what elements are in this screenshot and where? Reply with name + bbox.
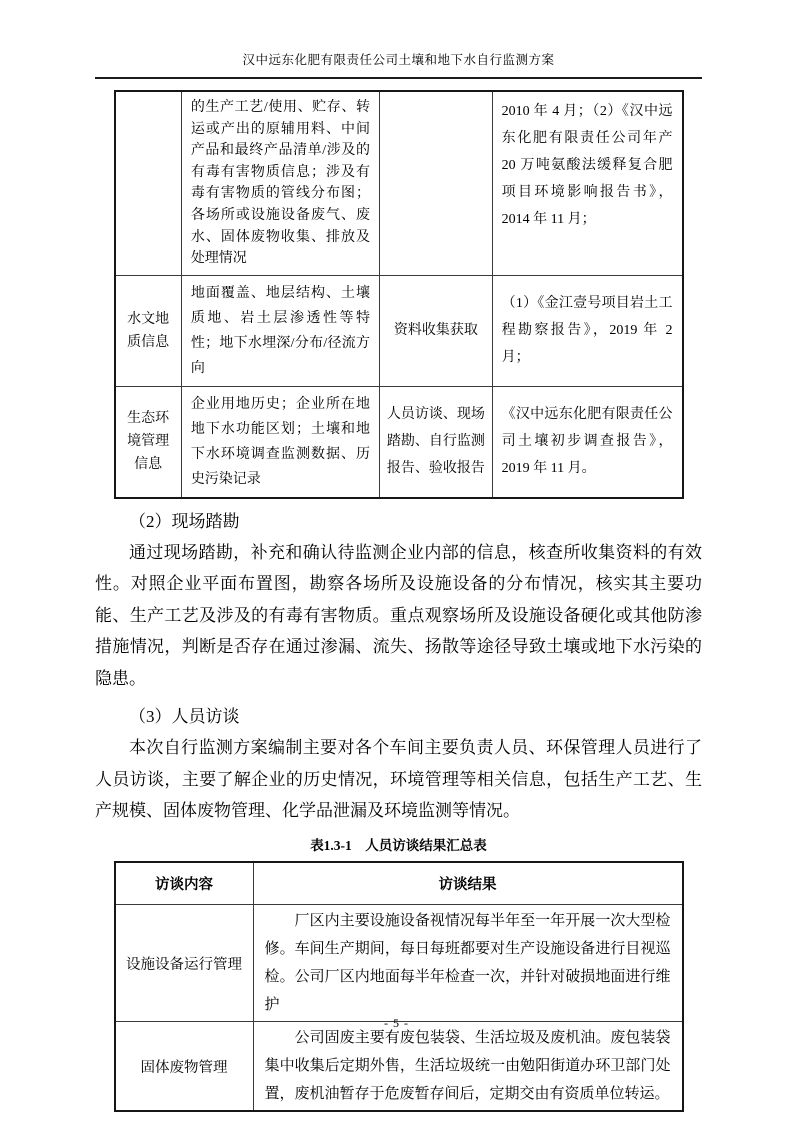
table-row: 设施设备运行管理 厂区内主要设施设备视情况每半年至一年开展一次大型检修。车间生产… [115,905,683,1022]
cell-interview-result: 公司固废主要有废包装袋、生活垃圾及废机油。废包装袋集中收集后定期外售，生活垃圾统… [253,1022,682,1112]
table-caption: 表1.3-1 人员访谈结果汇总表 [95,834,702,854]
cell-item: 的生产工艺/使用、贮存、转运或产出的原辅用料、中间产品和最终产品清单/涉及的有毒… [181,91,379,275]
table-row: 固体废物管理 公司固废主要有废包装袋、生活垃圾及废机油。废包装袋集中收集后定期外… [115,1022,683,1112]
cell-interview-topic: 固体废物管理 [115,1022,254,1112]
data-collection-table: 的生产工艺/使用、贮存、转运或产出的原辅用料、中间产品和最终产品清单/涉及的有毒… [114,90,684,499]
cell-category: 生态环境管理信息 [115,386,182,498]
cell-source: 《汉中远东化肥有限责任公司土壤初步调查报告》，2019 年 11 月。 [492,386,682,498]
document-page: 汉中远东化肥有限责任公司土壤和地下水自行监测方案 的生产工艺/使用、贮存、转运或… [0,0,793,1122]
table-header-row: 访谈内容 访谈结果 [115,862,683,905]
paragraph-interview: 本次自行监测方案编制主要对各个车间主要负责人员、环保管理人员进行了人员访谈，主要… [95,732,702,827]
table-row: 水文地质信息 地面覆盖、地层结构、土壤质地、岩土层渗透性等特性；地下水埋深/分布… [115,275,683,386]
table-row: 的生产工艺/使用、贮存、转运或产出的原辅用料、中间产品和最终产品清单/涉及的有毒… [115,91,683,275]
page-number: - 5 - [0,1016,793,1031]
cell-category: 水文地质信息 [115,275,182,386]
cell-method: 人员访谈、现场踏勘、自行监测报告、验收报告 [380,386,493,498]
page-content: 汉中远东化肥有限责任公司土壤和地下水自行监测方案 的生产工艺/使用、贮存、转运或… [95,50,702,1112]
cell-item: 地面覆盖、地层结构、土壤质地、岩土层渗透性等特性；地下水埋深/分布/径流方向 [181,275,379,386]
section-heading-interview: （3）人员访谈 [95,701,702,732]
cell-interview-topic: 设施设备运行管理 [115,905,254,1022]
table-row: 生态环境管理信息 企业用地历史；企业所在地地下水功能区划；土壤和地下水环境调查监… [115,386,683,498]
column-header-result: 访谈结果 [253,862,682,905]
column-header-topic: 访谈内容 [115,862,254,905]
section-heading-site-survey: （2）现场踏勘 [95,506,702,537]
cell-method [380,91,493,275]
cell-source: 2010 年 4 月；（2）《汉中远东化肥有限责任公司年产 20 万吨氨酸法缓释… [492,91,682,275]
document-header-title: 汉中远东化肥有限责任公司土壤和地下水自行监测方案 [95,50,702,79]
cell-interview-result: 厂区内主要设施设备视情况每半年至一年开展一次大型检修。车间生产期间，每日每班都要… [253,905,682,1022]
cell-category [115,91,182,275]
cell-item: 企业用地历史；企业所在地地下水功能区划；土壤和地下水环境调查监测数据、历史污染记… [181,386,379,498]
cell-source: （1）《金江壹号项目岩土工程勘察报告》，2019 年 2 月； [492,275,682,386]
interview-results-table: 访谈内容 访谈结果 设施设备运行管理 厂区内主要设施设备视情况每半年至一年开展一… [114,861,684,1113]
paragraph-site-survey: 通过现场踏勘，补充和确认待监测企业内部的信息，核查所收集资料的有效性。对照企业平… [95,537,702,695]
cell-method: 资料收集获取 [380,275,493,386]
